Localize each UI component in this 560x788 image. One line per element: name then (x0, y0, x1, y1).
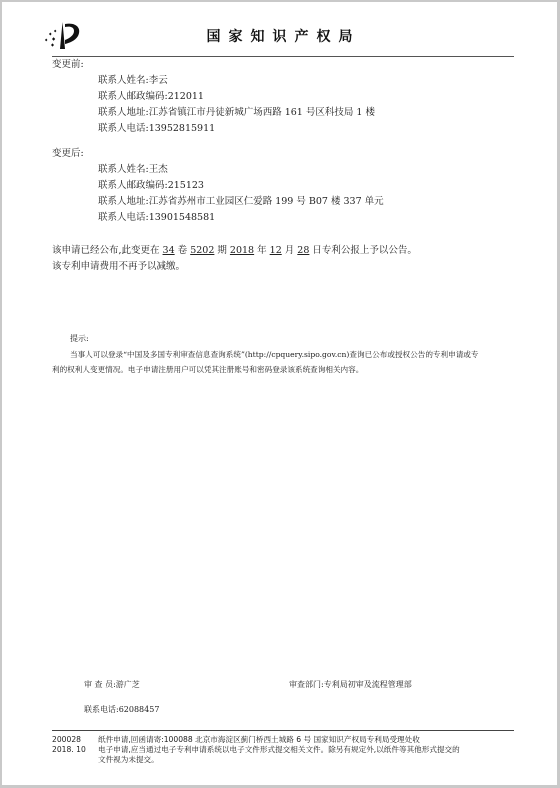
after-name: 联系人姓名:王杰 (98, 163, 168, 176)
form-code: 200028 (52, 735, 81, 745)
contact-phone: 联系电话:62088457 (84, 704, 159, 716)
notice-text: 年 (254, 245, 270, 256)
after-address: 联系人地址:江苏省苏州市工业园区仁爱路 199 号 B07 楼 337 单元 (98, 195, 384, 208)
document-page: 国家知识产权局 变更前: 联系人姓名:李云 联系人邮政编码:212011 联系人… (2, 2, 557, 785)
notice-text: 期 (214, 245, 230, 256)
examiner: 审 查 员:游广芝 (84, 679, 140, 691)
before-postcode: 联系人邮政编码:212011 (98, 90, 204, 103)
notice-text: 日专利公报上予以公告。 (309, 245, 417, 256)
notice-text: 该申请已经公布,此变更在 (52, 245, 163, 256)
notice-issue: 5202 (190, 245, 214, 256)
notice-year: 2018 (230, 245, 254, 256)
after-phone: 联系人电话:13901548581 (98, 211, 215, 224)
footer-line-2: 电子申请,应当通过电子专利申请系统以电子文件形式提交相关文件。除另有规定外,以纸… (98, 745, 460, 755)
after-postcode: 联系人邮政编码:215123 (98, 179, 204, 192)
tip-line-1: 当事人可以登录“中国及多国专利审查信息查询系统”(http://cpquery.… (70, 349, 478, 361)
fee-notice: 该专利申请费用不再予以减缴。 (52, 260, 185, 273)
before-address: 联系人地址:江苏省镇江市丹徒新城广场西路 161 号区科技局 1 楼 (98, 106, 375, 119)
footer-divider (52, 730, 514, 731)
form-date: 2018. 10 (52, 745, 86, 755)
notice-text: 卷 (175, 245, 191, 256)
before-name: 联系人姓名:李云 (98, 74, 168, 87)
header-divider (52, 56, 514, 57)
tip-line-2: 利的权利人变更情况。电子申请注册用户可以凭其注册账号和密码登录该系统查询相关内容… (52, 364, 363, 376)
before-phone: 联系人电话:13952815911 (98, 122, 215, 135)
publication-notice: 该申请已经公布,此变更在 34 卷 5202 期 2018 年 12 月 28 … (52, 244, 417, 257)
page-title: 国家知识产权局 (2, 26, 557, 46)
footer-line-3: 文件视为未提交。 (98, 755, 159, 765)
footer-line-1: 纸件申请,回函请寄:100088 北京市海淀区蓟门桥西土城路 6 号 国家知识产… (98, 735, 420, 745)
notice-text: 月 (282, 245, 298, 256)
notice-volume: 34 (163, 245, 175, 256)
before-heading: 变更前: (52, 58, 84, 71)
after-heading: 变更后: (52, 147, 84, 160)
notice-month: 12 (270, 245, 282, 256)
tip-heading: 提示: (70, 333, 89, 345)
examination-department: 审查部门:专利局初审及流程管理部 (289, 679, 412, 691)
notice-day: 28 (297, 245, 309, 256)
